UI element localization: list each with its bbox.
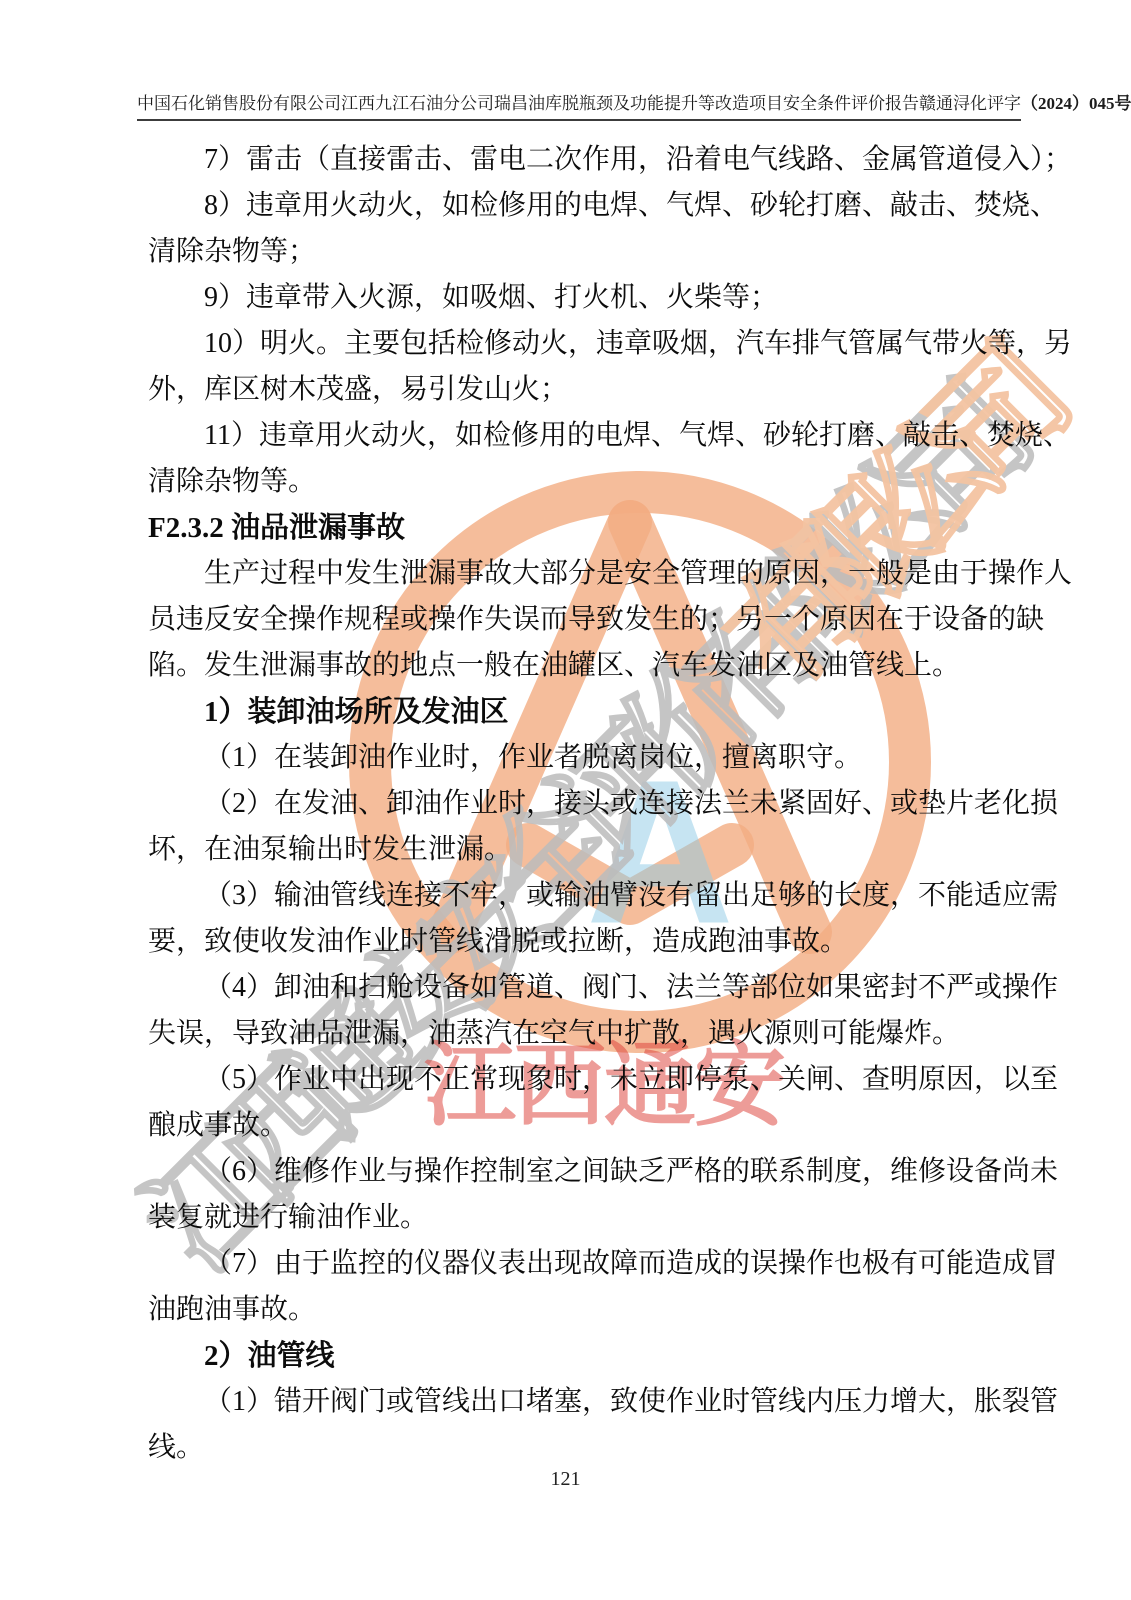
body-line: （4）卸油和扫舱设备如管道、阀门、法兰等部位如果密封不严或操作 — [148, 965, 1020, 1011]
body-line: （3）输油管线连接不牢，或输油臂没有留出足够的长度，不能适应需 — [148, 873, 1020, 919]
body-line: 9）违章带入火源，如吸烟、打火机、火柴等； — [148, 275, 1020, 321]
page-number: 121 — [0, 1468, 1131, 1491]
body-line: 清除杂物等。 — [148, 459, 1020, 505]
body-line: 陷。发生泄漏事故的地点一般在油罐区、汽车发油区及油管线上。 — [148, 643, 1020, 689]
body-line: （1）错开阀门或管线出口堵塞，致使作业时管线内压力增大，胀裂管 — [148, 1379, 1020, 1425]
body-line: 装复就进行输油作业。 — [148, 1195, 1020, 1241]
body-line: 8）违章用火动火，如检修用的电焊、气焊、砂轮打磨、敲击、焚烧、 — [148, 183, 1020, 229]
body-line: 坏，在油泵输出时发生泄漏。 — [148, 827, 1020, 873]
body-line: （5）作业中出现不正常现象时，未立即停泵、关闸、查明原因，以至 — [148, 1057, 1020, 1103]
body-line: 1）装卸油场所及发油区 — [148, 689, 1020, 735]
body-line: F2.3.2 油品泄漏事故 — [148, 505, 1020, 551]
body-line: 生产过程中发生泄漏事故大部分是安全管理的原因，一般是由于操作人 — [148, 551, 1020, 597]
body-line: （2）在发油、卸油作业时，接头或连接法兰未紧固好、或垫片老化损 — [148, 781, 1020, 827]
body-line: 清除杂物等； — [148, 229, 1020, 275]
body-line: （7）由于监控的仪器仪表出现故障而造成的误操作也极有可能造成冒 — [148, 1241, 1020, 1287]
body-line: 员违反安全操作规程或操作失误而导致发生的；另一个原因在于设备的缺 — [148, 597, 1020, 643]
body-line: 线。 — [148, 1425, 1020, 1471]
body-line: 2）油管线 — [148, 1333, 1020, 1379]
document-page: A 江西通安安全评价有限公司 有限公司 江西通安 中国石化销售股份有限公司江西九… — [0, 0, 1131, 1600]
body-line: 失误，导致油品泄漏，油蒸汽在空气中扩散，遇火源则可能爆炸。 — [148, 1011, 1020, 1057]
body-line: 外，库区树木茂盛，易引发山火； — [148, 367, 1020, 413]
body-line: （6）维修作业与操作控制室之间缺乏严格的联系制度，维修设备尚未 — [148, 1149, 1020, 1195]
body-line: （1）在装卸油作业时，作业者脱离岗位，擅离职守。 — [148, 735, 1020, 781]
body-line: 11）违章用火动火，如检修用的电焊、气焊、砂轮打磨、敲击、焚烧、 — [148, 413, 1020, 459]
body-line: 要，致使收发油作业时管线滑脱或拉断，造成跑油事故。 — [148, 919, 1020, 965]
body-line: 10）明火。主要包括检修动火，违章吸烟，汽车排气管属气带火等，另 — [148, 321, 1020, 367]
body-line: 7）雷击（直接雷击、雷电二次作用，沿着电气线路、金属管道侵入）； — [148, 137, 1020, 183]
body-line: 油跑油事故。 — [148, 1287, 1020, 1333]
body-text: 7）雷击（直接雷击、雷电二次作用，沿着电气线路、金属管道侵入）；8）违章用火动火… — [0, 0, 1131, 1600]
body-line: 酿成事故。 — [148, 1103, 1020, 1149]
